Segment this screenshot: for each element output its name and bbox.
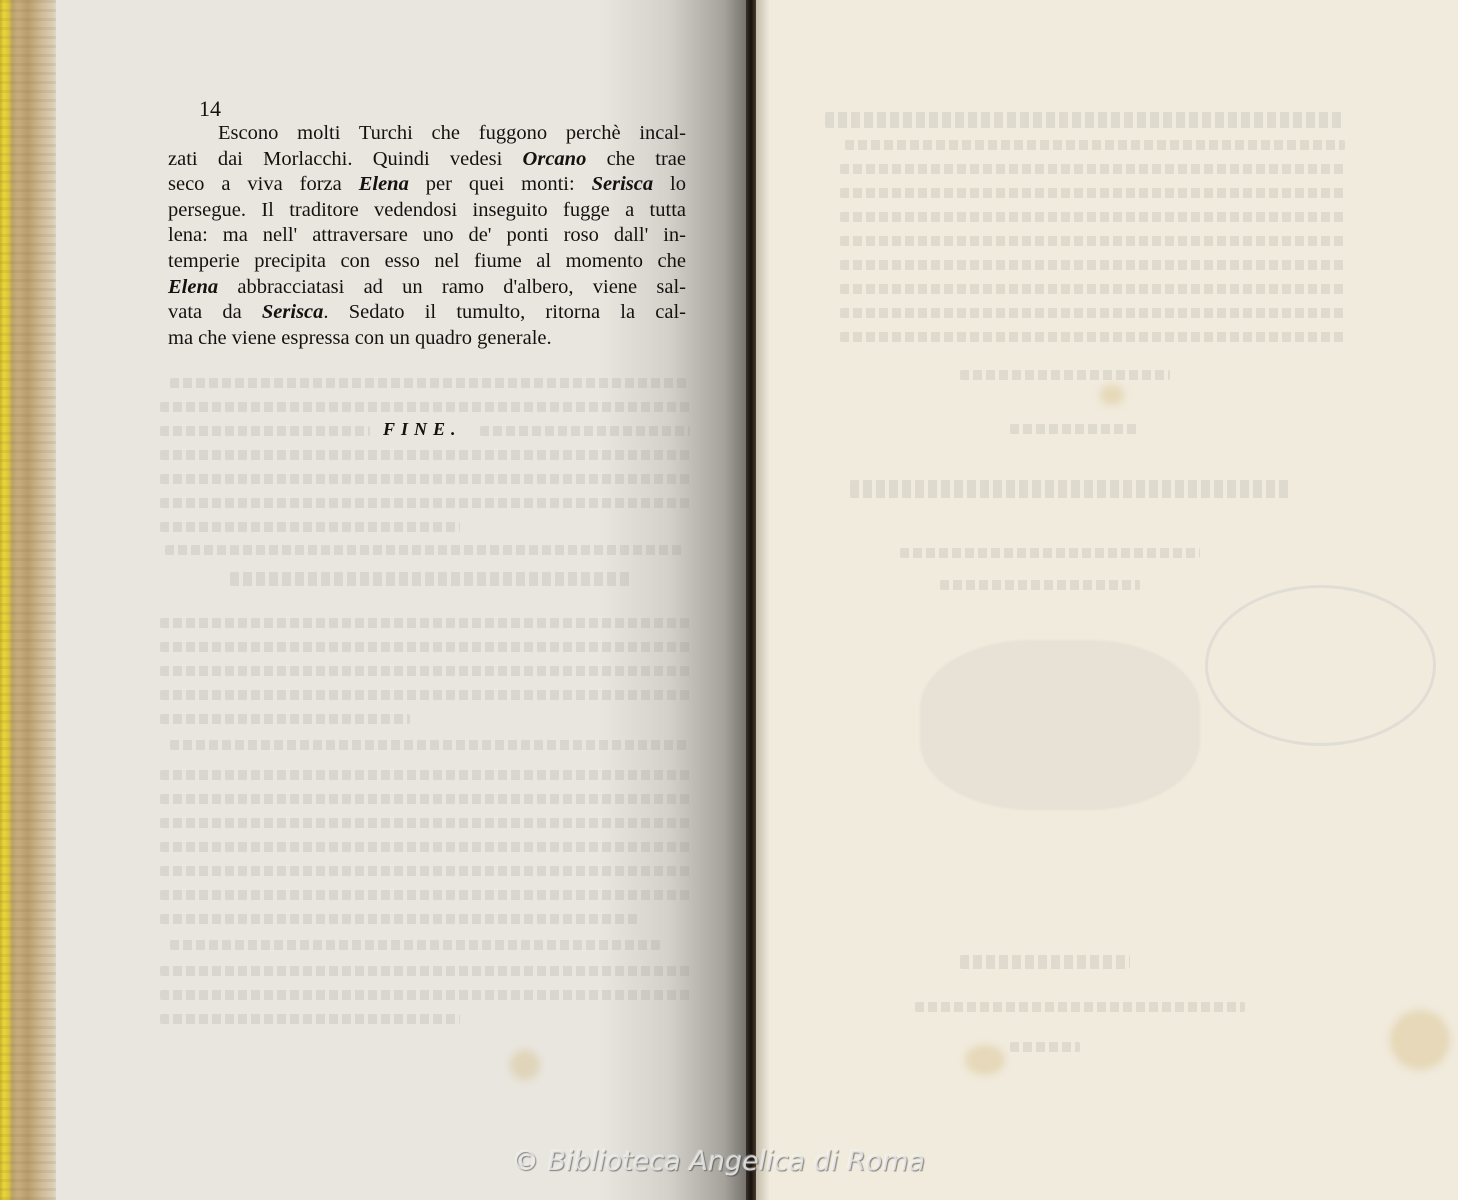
text-line: temperie precipita con esso nel fiume al… xyxy=(168,249,686,275)
italic-name: Orcano xyxy=(523,148,587,170)
text-line: vata da Serisca. Sedato il tumulto, rito… xyxy=(168,300,686,326)
paper-stain xyxy=(1100,385,1124,405)
page-number: 14 xyxy=(199,96,221,122)
italic-name: Elena xyxy=(168,276,218,298)
copyright-watermark: © Biblioteca Angelica di Roma xyxy=(512,1146,925,1177)
text-line: lena: ma nell' attraversare uno de' pont… xyxy=(168,223,686,249)
book-edge xyxy=(0,0,56,1200)
text-line: zati dai Morlacchi. Quindi vedesi Orcano… xyxy=(168,147,686,173)
italic-name: Serisca xyxy=(592,173,654,195)
text-line: persegue. Il traditore vedendosi insegui… xyxy=(168,198,686,224)
book-gutter xyxy=(746,0,756,1200)
italic-name: Serisca xyxy=(262,301,324,323)
text-line: ma che viene espressa con un quadro gene… xyxy=(168,326,686,352)
text-line: seco a viva forza Elena per quei monti: … xyxy=(168,172,686,198)
paper-stain xyxy=(1390,1010,1450,1070)
paper-stain xyxy=(965,1045,1005,1075)
italic-name: Elena xyxy=(359,173,409,195)
library-stamp-faint xyxy=(1205,585,1436,746)
text-line: Escono molti Turchi che fuggono perchè i… xyxy=(168,121,686,147)
body-paragraph: Escono molti Turchi che fuggono perchè i… xyxy=(168,121,686,351)
closing-word-fine: FINE. xyxy=(383,419,462,440)
text-line: Elena abbracciatasi ad un ramo d'albero,… xyxy=(168,275,686,301)
book-spread: 14 Escono molti Turchi che fuggono perch… xyxy=(0,0,1458,1200)
paper-stain xyxy=(510,1050,540,1080)
